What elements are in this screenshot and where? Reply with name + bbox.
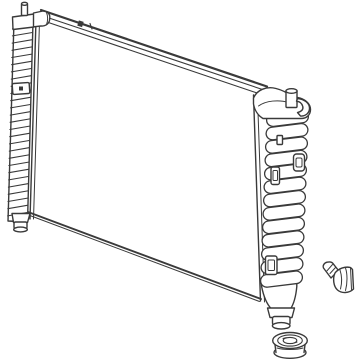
mounting-grommet [273,333,308,359]
front-clip [271,167,280,185]
right-bracket [294,154,305,171]
radiator-parts-diagram [0,0,360,360]
clamp-slot [19,87,23,91]
mounting-pin [22,2,28,15]
neck-opening [286,89,297,94]
front-clip-body [271,167,280,185]
cap-bar [13,14,35,30]
left-tank-clamp [12,82,30,94]
lower-clip-body [266,256,278,275]
upper-clip-pin [277,136,283,145]
foot-flange [12,214,30,223]
foot-base [14,227,28,232]
bracket-tab [294,154,305,171]
lower-clip [266,256,278,275]
foot-base [272,323,290,329]
diagram-canvas [0,0,360,360]
left-tank-foot [12,214,30,232]
filler-neck [286,89,297,108]
pin-top [22,2,28,5]
